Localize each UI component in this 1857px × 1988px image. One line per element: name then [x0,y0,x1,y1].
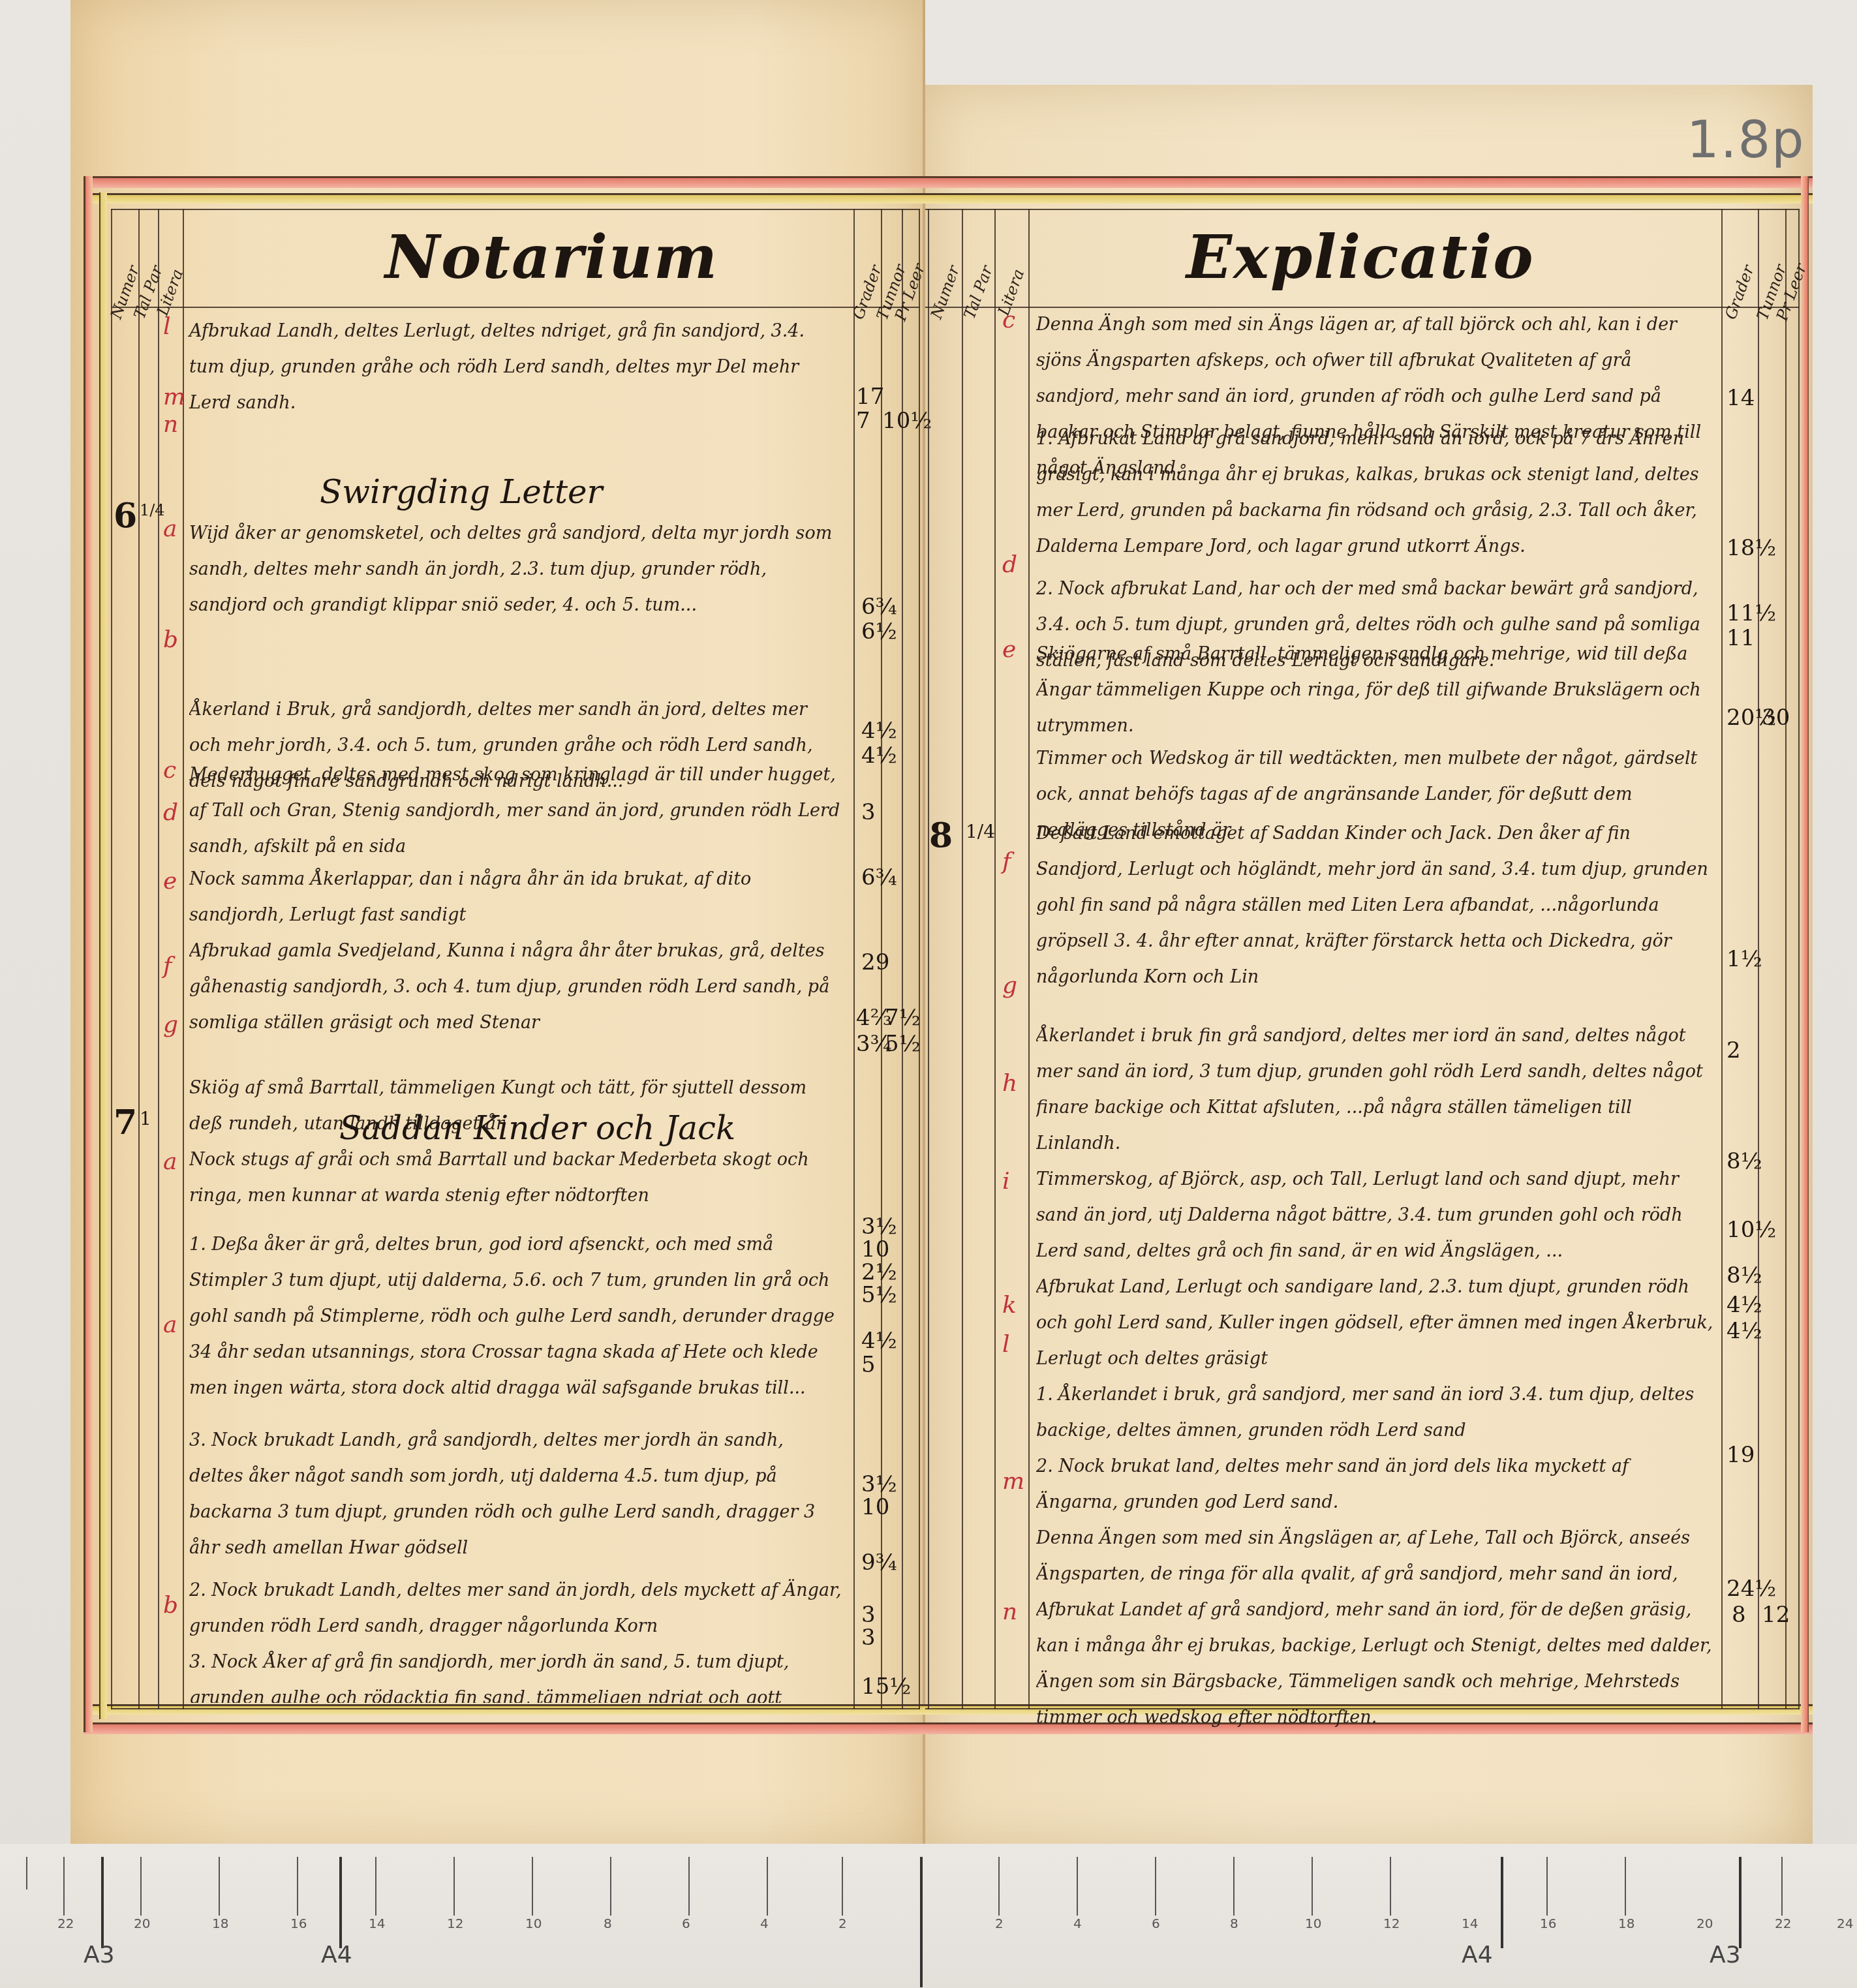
entry-text: 3. Nock Åker af grå fin sandjordh, mer j… [189,1644,842,1703]
ruler-label: 24 [1837,1916,1853,1931]
entry-letter: f [1002,848,1011,875]
entry-letter: m [1002,1468,1024,1495]
entry-letter: d [163,799,178,826]
ruler-label: 12 [447,1916,463,1931]
entry-tunnor: 7½ [885,1005,921,1031]
col-header-numer: Numer [928,217,962,301]
entry-grader: 3 [861,1602,876,1628]
entry-letter: l [1002,1331,1010,1358]
entry-letter: i [1002,1168,1010,1195]
ruler-a4-mark [1501,1857,1503,1948]
entry-tunnor: 11 [1727,625,1755,651]
col-header-leer: Pr Leer [902,217,919,301]
col-header-tal: Tal Par [138,217,158,301]
parcel-number: 8 [929,816,953,855]
entry-grader: 6¾ [861,864,897,891]
entry-text: 1. Åkerlandet i bruk, grå sandjord, mer … [1036,1377,1715,1448]
ruler-label: 14 [1462,1916,1478,1931]
entry-letter: a [163,1311,177,1338]
entry-text: Mederhugget, deltes med mest skog som kr… [189,757,842,861]
entry-grader: 2½ [861,1259,897,1285]
entry-tunnor: 4½ [1727,1318,1762,1344]
entry-text: Afbrukat Land, Lerlugt och sandigare lan… [1036,1269,1715,1377]
entry-letter: g [163,1011,178,1038]
entry-tunnor: 5 [861,1352,876,1378]
entry-text: Nock stugs af gråi och små Barrtall und … [189,1142,842,1214]
entry-grader: 4½ [1727,1292,1762,1318]
entry-grader: 2 [1727,1037,1741,1063]
entry-text: Wijd åker ar genomsketel, och deltes grå… [189,515,842,685]
entry-tunnor: 10 [861,1494,889,1520]
page-title-notarium: Notarium [385,222,718,292]
ruler-label: 20 [134,1916,150,1931]
entry-text: Denna Ängen som med sin Ängslägen ar, af… [1036,1520,1715,1592]
ruler-label: 22 [1775,1916,1791,1931]
entry-tunnor: 12 [1762,1602,1790,1628]
entry-tunnor: 10 [861,1236,889,1262]
ruler-center-mark [920,1857,923,1987]
parcel-number: 6 [114,496,137,536]
section-heading: Saddan Kinder och Jack [339,1109,735,1147]
entry-text: 1. Afbrukat Land af grå sandjord, mehr s… [1036,421,1715,571]
entry-text: Afbrukad gamla Svedjeland, Kunna i några… [189,933,842,1070]
entry-grader: 29 [861,949,889,975]
frame-left-yellow [99,192,107,1719]
col-header-grader: Grader [853,217,881,301]
entry-text: Ängen som sin Bärgsbacke, Tämmeligen san… [1036,1664,1715,1736]
measurement-ruler: 22 20 18 16 14 12 10 8 6 4 2 2 4 6 8 10 … [0,1844,1857,1988]
entry-text: Afbrukat Landet af grå sandjord, mehr sa… [1036,1592,1715,1664]
ruler-a4-mark [339,1857,342,1948]
entry-text: Skiögarne af små Barrtall, tämmeligen sa… [1036,636,1715,741]
col-header-grader: Grader [1721,217,1758,301]
entry-grader: 7 [856,408,870,434]
ruler-label: 8 [604,1916,612,1931]
entry-tunnor: 3 [861,1625,876,1651]
entry-letter: h [1002,1070,1017,1097]
ruler-label: 8 [1230,1916,1238,1931]
ruler-label: 10 [525,1916,542,1931]
col-header-litera: Litera [158,217,183,301]
entry-letter: d [1002,551,1017,578]
ruler-label: 20 [1696,1916,1713,1931]
parcel-fraction: 1 [140,1108,151,1129]
ruler-label: 6 [1152,1916,1160,1931]
entry-letter: e [1002,636,1016,663]
entry-letter: n [1002,1598,1017,1625]
ruler-label: 16 [290,1916,307,1931]
entry-letter: b [163,1592,178,1619]
entry-letter: b [163,626,178,653]
ruler-label: 6 [682,1916,690,1931]
ruler-a3-mark [101,1857,104,1948]
col-header-tunnor: Tunnor [1758,217,1785,301]
notarium-page: Numer Tal Par Litera Grader Tunnor Pr Le… [111,209,920,1709]
entry-grader: 17 [856,384,884,410]
parcel-fraction: 1/4 [140,501,165,519]
frame-band-yellow-top [84,193,1813,204]
entry-grader: 11½ [1727,600,1776,626]
entry-grader: 1½ [1727,946,1762,972]
frame-band-red-top [84,176,1813,188]
ruler-size-mark: A3 [1710,1942,1741,1968]
ruler-label: 2 [995,1916,1004,1931]
section-heading: Swirgding Letter [320,473,603,511]
entry-text: 2. Nock brukadt Landh, deltes mer sand ä… [189,1572,842,1644]
entry-text: Åkerlandet i bruk fin grå sandjord, delt… [1036,1018,1715,1161]
col-header-tunnor: Tunnor [881,217,902,301]
col-header-numer: Numer [111,217,138,301]
ruler-label: 22 [57,1916,74,1931]
ruler-label: 2 [838,1916,847,1931]
entry-grader: 3½ [861,1471,897,1497]
frame-left-red [84,176,93,1732]
col-header-litera: Litera [994,217,1028,301]
ruler-label: 16 [1540,1916,1556,1931]
col-header-leer: Pr Leer [1785,217,1798,301]
ruler-label: 14 [369,1916,385,1931]
entry-text: Timmerskog, af Björck, asp, och Tall, Le… [1036,1161,1715,1269]
entry-text: 3. Nock brukadt Landh, grå sandjordh, de… [189,1422,842,1566]
col-header-tal: Tal Par [962,217,994,301]
entry-text: 2. Nock brukat land, deltes mehr sand än… [1036,1448,1715,1520]
entry-letter: g [1002,972,1017,999]
entry-tunnor: 6½ [861,619,897,645]
entry-text: Deßatt Land emottaget af Saddan Kinder o… [1036,816,1715,1011]
ruler-label: 12 [1383,1916,1400,1931]
frame-right-red [1801,176,1809,1732]
entry-grader: 9¾ [861,1550,897,1576]
entry-tunnor: 30 [1762,705,1790,731]
page-number-tag: 1.8p [1687,111,1805,170]
entry-letter: c [163,757,176,784]
entry-letter: l [163,313,171,340]
entry-grader: 3½ [861,1214,897,1240]
ruler-label: 18 [212,1916,228,1931]
parcel-number: 7 [114,1103,137,1142]
ruler-label: 10 [1305,1916,1321,1931]
entry-grader: 4½ [861,1328,897,1354]
ruler-size-mark: A4 [321,1942,352,1968]
entry-grader: 6¾ [861,594,897,620]
ruler-label: 18 [1618,1916,1634,1931]
ruler-size-mark: A3 [84,1942,115,1968]
entry-letter: c [1002,307,1015,333]
entry-tunnor: 5½ [861,1282,897,1308]
entry-grader: 18½ [1727,535,1776,561]
entry-letter: f [163,953,172,979]
entry-grader: 10½ [1727,1217,1776,1243]
entry-grader: 4½ [861,718,897,744]
ruler-size-mark: A4 [1462,1942,1493,1968]
entry-letter: a [163,515,177,542]
entry-text: 1. Deßa åker är grå, deltes brun, god io… [189,1227,842,1416]
entry-tunnor: 10½ [882,408,932,434]
entry-letter: e [163,868,177,895]
entry-grader: 8 [1732,1602,1746,1628]
entry-grader: 19 [1727,1442,1755,1468]
entry-grader: 24½ [1727,1576,1776,1602]
parcel-fraction: 1/4 [966,821,995,842]
explicatio-page: Numer Tal Par Litera Grader Tunnor Pr Le… [925,209,1800,1709]
entry-grader: 15½ [861,1674,911,1700]
entry-letter: m [163,384,185,410]
ruler-label: 4 [1073,1916,1082,1931]
page-title-explicatio: Explicatio [1186,222,1535,292]
ruler-a3-mark [1739,1857,1742,1948]
entry-tunnor: 4½ [861,742,897,769]
entry-tunnor: 5½ [885,1031,921,1057]
entry-letter: k [1002,1292,1017,1319]
entry-letter: a [163,1148,177,1175]
entry-grader: 8½ [1727,1262,1762,1289]
entry-grader: 14 [1727,385,1755,411]
entry-grader: 8½ [1727,1148,1762,1174]
entry-letter: n [163,411,178,438]
entry-text: Afbrukad Landh, deltes Lerlugt, deltes n… [189,313,842,421]
entry-text: Nock samma Åkerlappar, dan i några åhr ä… [189,861,842,933]
entry-grader: 3 [861,799,876,825]
ruler-label: 4 [760,1916,769,1931]
